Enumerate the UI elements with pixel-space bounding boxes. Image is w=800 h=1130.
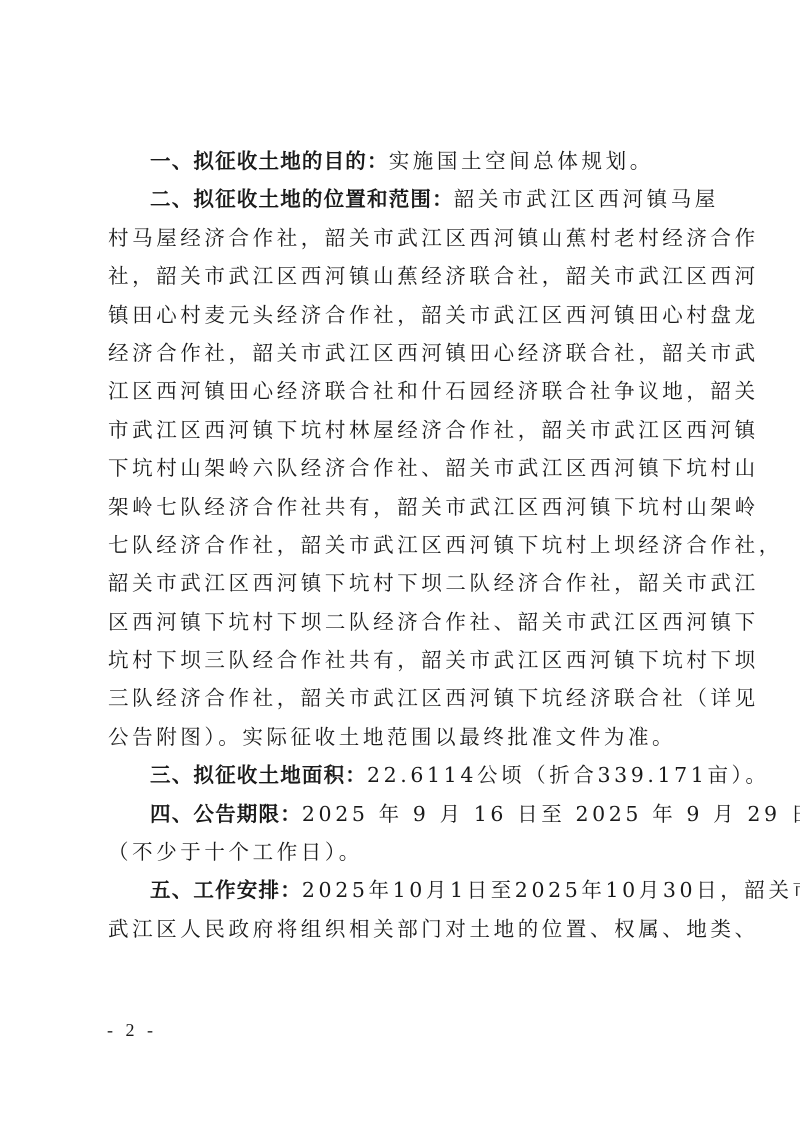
section-4: 四、公告期限：2025 年 9 月 16 日至 2025 年 9 月 29 日: [108, 795, 704, 833]
text-line: 架岭七队经济合作社共有，韶关市武江区西河镇下坑村山架岭: [108, 488, 704, 526]
section-text: 2025 年 9 月 16 日至 2025 年 9 月 29 日: [302, 802, 800, 826]
section-2: 二、拟征收土地的位置和范围：韶关市武江区西河镇马屋: [108, 180, 704, 218]
text-line: 经济合作社，韶关市武江区西河镇田心经济联合社，韶关市武: [108, 334, 704, 372]
section-1: 一、拟征收土地的目的：实施国土空间总体规划。: [108, 142, 704, 180]
section-5: 五、工作安排：2025年10月1日至2025年10月30日，韶关市: [108, 871, 704, 909]
section-3: 三、拟征收土地面积：22.6114公顷（折合339.171亩）。: [108, 756, 704, 794]
section-heading: 三、拟征收土地面积：: [150, 763, 367, 787]
text-line: 坑村下坝三队经合作社共有，韶关市武江区西河镇下坑村下坝: [108, 641, 704, 679]
section-heading: 一、拟征收土地的目的：: [150, 149, 389, 173]
text-line: 市武江区西河镇下坑村林屋经济合作社，韶关市武江区西河镇: [108, 411, 704, 449]
text-line: 区西河镇下坑村下坝二队经济合作社、韶关市武江区西河镇下: [108, 603, 704, 641]
text-line: 村马屋经济合作社，韶关市武江区西河镇山蕉村老村经济合作: [108, 219, 704, 257]
text-line: 武江区人民政府将组织相关部门对土地的位置、权属、地类、: [108, 910, 704, 948]
text-line: 三队经济合作社，韶关市武江区西河镇下坑经济联合社（详见: [108, 679, 704, 717]
section-heading: 五、工作安排：: [150, 878, 302, 902]
section-heading: 四、公告期限：: [150, 802, 302, 826]
section-text: 韶关市武江区西河镇马屋: [454, 187, 719, 211]
text-line: 公告附图）。实际征收土地范围以最终批准文件为准。: [108, 718, 704, 756]
text-line: 江区西河镇田心经济联合社和什石园经济联合社争议地，韶关: [108, 372, 704, 410]
text-line: 社，韶关市武江区西河镇山蕉经济联合社，韶关市武江区西河: [108, 257, 704, 295]
text-line: 镇田心村麦元头经济合作社，韶关市武江区西河镇田心村盘龙: [108, 296, 704, 334]
section-text: 22.6114公顷（折合339.171亩）。: [367, 763, 770, 787]
section-text: 实施国土空间总体规划。: [389, 149, 654, 173]
section-text: 2025年10月1日至2025年10月30日，韶关市: [302, 878, 800, 902]
page-number: - 2 -: [107, 1020, 157, 1041]
text-line: （不少于十个工作日）。: [108, 833, 704, 871]
text-line: 下坑村山架岭六队经济合作社、韶关市武江区西河镇下坑村山: [108, 449, 704, 487]
text-line: 七队经济合作社，韶关市武江区西河镇下坑村上坝经济合作社，: [108, 526, 704, 564]
text-line: 韶关市武江区西河镇下坑村下坝二队经济合作社，韶关市武江: [108, 564, 704, 602]
document-body: 一、拟征收土地的目的：实施国土空间总体规划。 二、拟征收土地的位置和范围：韶关市…: [108, 142, 704, 948]
section-heading: 二、拟征收土地的位置和范围：: [150, 187, 454, 211]
